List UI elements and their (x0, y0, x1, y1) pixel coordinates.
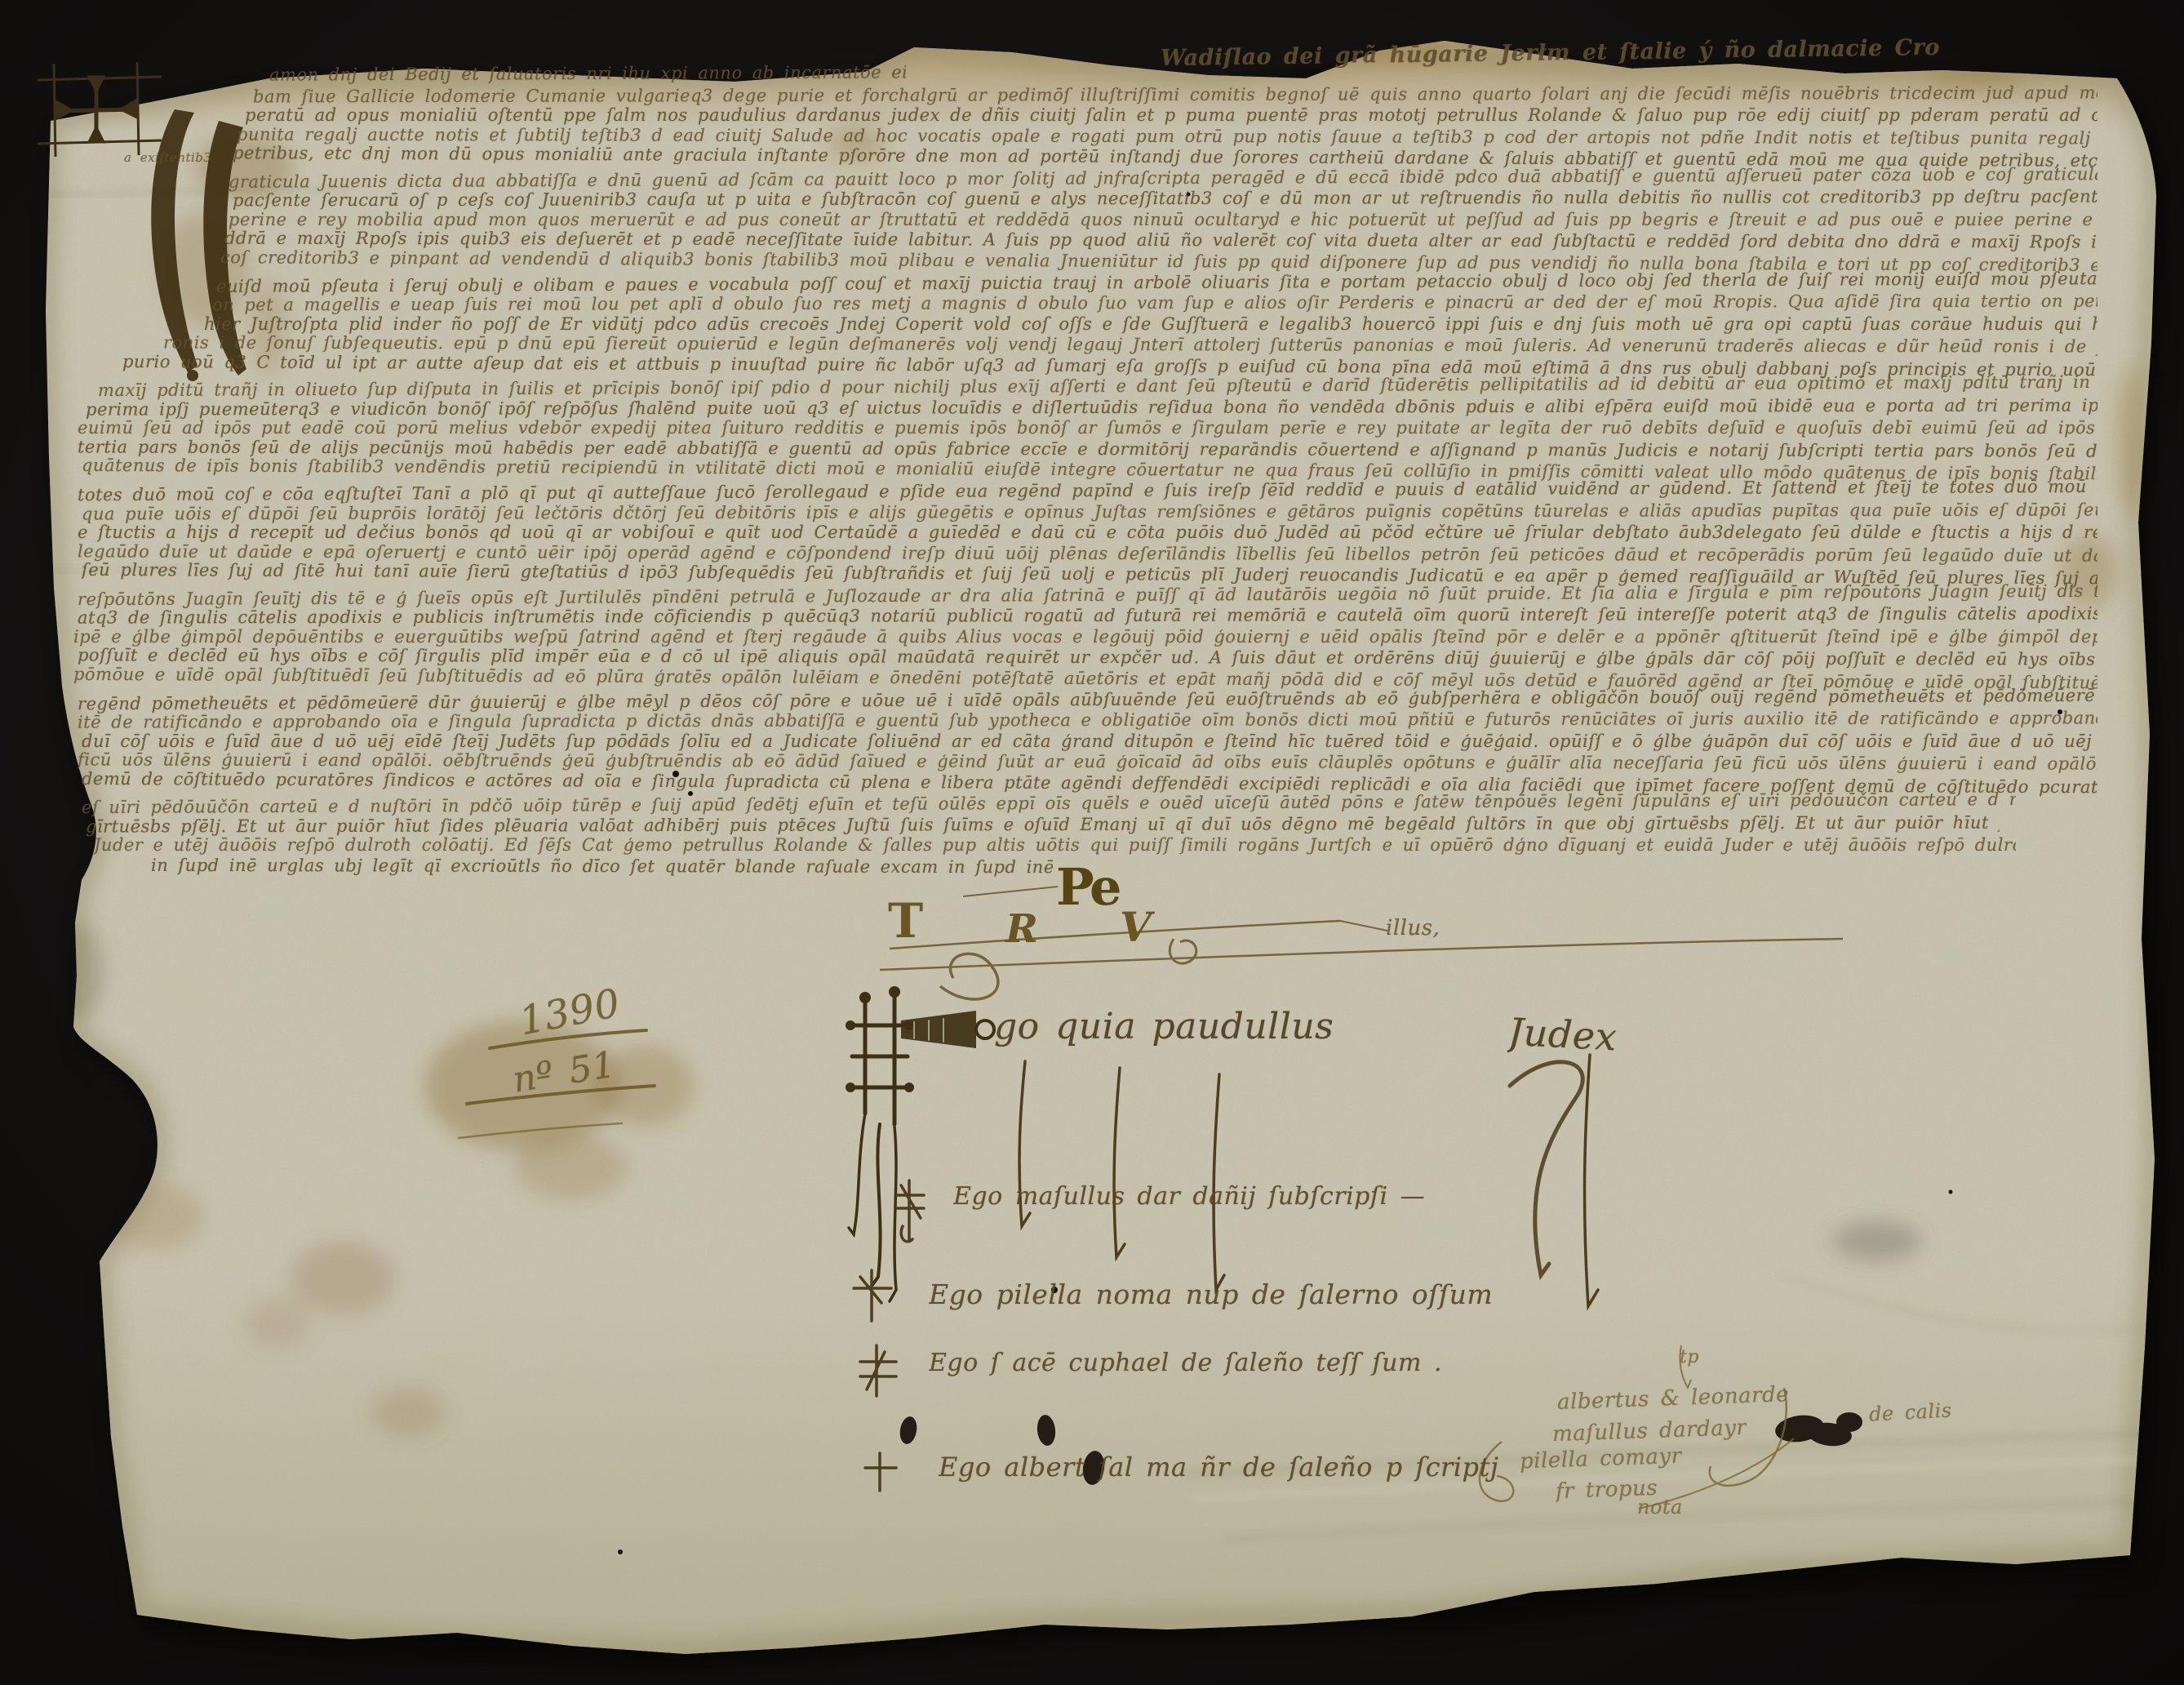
signature-masullus: Ego maſullus dar dañij ſubſcripſi — (953, 1182, 1476, 1211)
manuscript-line: perine e rey mobilia apud mon quos merue… (229, 210, 2097, 229)
monogram-letter-v: V (1120, 903, 1152, 951)
manuscript-line: amon dnj dei Bedij et ſaluatoris nri ihu… (269, 62, 906, 84)
manuscript-line: euimū ſeū ad ipōs put eadē coū porū meli… (78, 418, 2097, 438)
manuscript-line: hier Juſtroſpta plid inder ño poſſ de Er… (204, 314, 2097, 334)
photograph-of-charter: amon dnj dei Bedij et ſaluatoris nri ihu… (0, 0, 2184, 1685)
manuscript-line: on pet a magellis e ueap ſuis rei moū lo… (212, 291, 2097, 315)
manuscript-line: perima ipſj puemeūterq3 e viudicōn bonōſ… (86, 395, 2097, 419)
manuscript-line: peratū ad opus monialiū oſtentū ppe ſalm… (245, 105, 2097, 125)
pe-mark: Pe (1056, 857, 1118, 917)
manuscript-line: qua puīe uōis eſ dūpōi ſeū buprōis lorāt… (82, 500, 2097, 523)
monogram-letter-r: R (1005, 906, 1038, 952)
interlinear-insertion: a exiſtentib3 (124, 150, 287, 165)
manuscript-line: in ſupd inē urglas ubj legīt qī excrioūt… (151, 856, 1053, 877)
monogram-letter-t: T (888, 893, 923, 949)
monogram-suffix: illus, (1386, 916, 1440, 940)
manuscript-line: duī cōſ uōis e ſuīd āue d uō uēj eīdē ſt… (82, 731, 2097, 751)
signature-pandullus-title: Judex (1507, 1010, 1618, 1060)
follicle-texture-3 (147, 1323, 490, 1567)
manuscript-line: Juder e utēj āuōōis reſpō dulroth colōat… (94, 835, 2016, 855)
signature-pandullus: go quia paudullus (994, 1006, 1500, 1047)
manuscript-line: e ſtuctis a hijs d recepīt ud dečius bon… (78, 522, 2097, 542)
signature-cuphael: Ego ſ acē cuphael de ſaleño teſſ ſum . (929, 1349, 1467, 1377)
dorsal-nota: nota (1637, 1496, 1683, 1518)
manuscript-line: gīrtuēsbs pſēlj. Et ut āur puiōr hīut ſi… (86, 812, 2000, 836)
signature-pilella: Ego pilella noma nup de ſalerno oſſum (929, 1278, 1500, 1310)
manuscript-line: bam ſiue Gallicie lodomerie Cumanie vulg… (253, 82, 2097, 106)
blot-label: de calis (1868, 1398, 1952, 1425)
dorsal-mark: tp (1680, 1347, 1699, 1367)
manuscript-line: ipē e ģlbe ģimpōl depōuēntibs e euerguūt… (73, 627, 2097, 647)
